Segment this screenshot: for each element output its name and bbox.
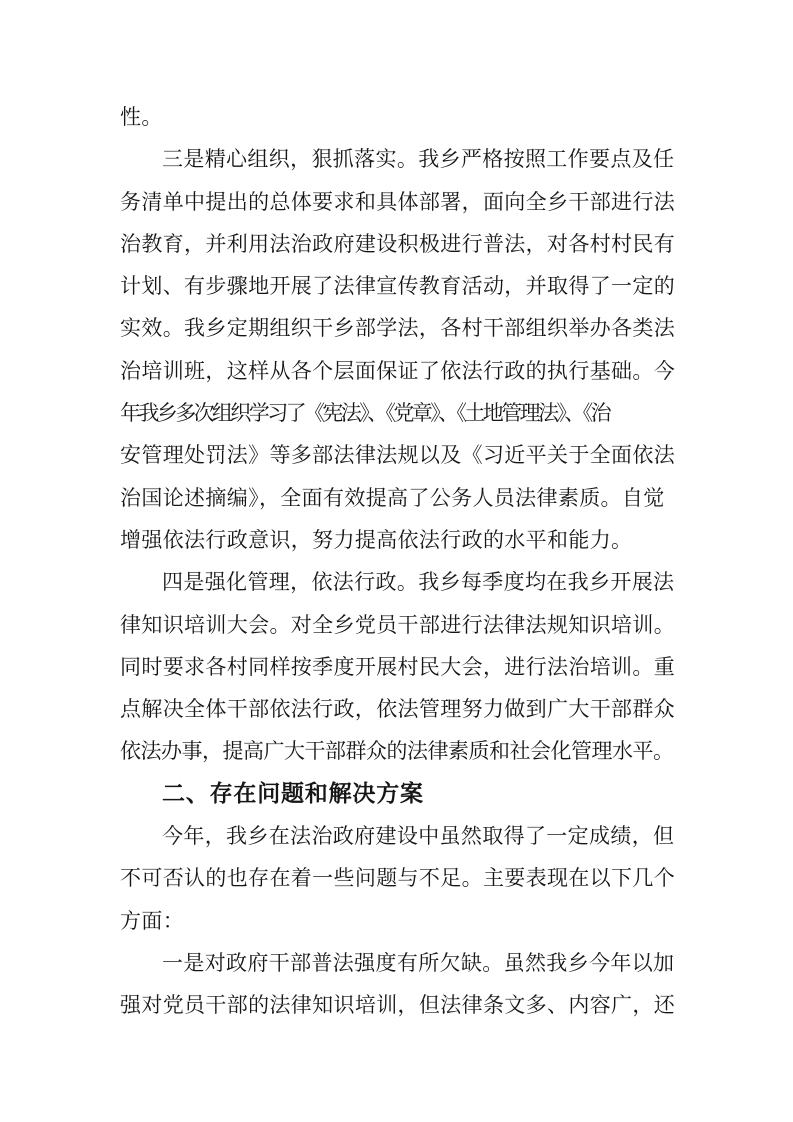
paragraph-four: 四是强化管理，依法行政。我乡每季度均在我乡开展法 律知识培训大会。对全乡党员干部… [120, 561, 677, 772]
document-page: 性。 三是精心组织，狠抓落实。我乡严格按照工作要点及任 务清单中提出的总体要求和… [0, 0, 793, 1122]
text-line: 治培训班，这样从各个层面保证了依法行政的执行基础。今 [120, 350, 677, 392]
text-line: 务清单中提出的总体要求和具体部署，面向全乡干部进行法 [120, 181, 677, 223]
text-line: 三是精心组织，狠抓落实。我乡严格按照工作要点及任 [120, 138, 677, 180]
text-line: 同时要求各村同样按季度开展村民大会，进行法治培训。重 [120, 646, 677, 688]
text-line: 性。 [120, 96, 677, 138]
text-line: 治国论述摘编》，全面有效提高了公务人员法律素质。自觉 [120, 477, 677, 519]
text-line: 年我乡多次组织学习了《宪法》、《党章》、《土地管理法》、《治 [120, 392, 677, 434]
paragraph-problem-one: 一是对政府干部普法强度有所欠缺。虽然我乡今年以加 强对党员干部的法律知识培训，但… [120, 942, 677, 1027]
text-line: 一是对政府干部普法强度有所欠缺。虽然我乡今年以加 [120, 942, 677, 984]
text-line: 四是强化管理，依法行政。我乡每季度均在我乡开展法 [120, 561, 677, 603]
text-line: 治教育，并利用法治政府建设积极进行普法，对各村村民有 [120, 223, 677, 265]
text-line: 安管理处罚法》等多部法律法规以及《习近平关于全面依法 [120, 434, 677, 476]
text-line: 强对党员干部的法律知识培训，但法律条文多、内容广，还 [120, 984, 677, 1026]
paragraph-intro-problems: 今年，我乡在法治政府建设中虽然取得了一定成绩，但 不可否认的也存在着一些问题与不… [120, 815, 677, 942]
paragraph-continuation: 性。 [120, 96, 677, 138]
text-line: 不可否认的也存在着一些问题与不足。主要表现在以下几个 [120, 857, 677, 899]
text-line: 律知识培训大会。对全乡党员干部进行法律法规知识培训。 [120, 604, 677, 646]
text-line: 点解决全体干部依法行政，依法管理努力做到广大干部群众 [120, 688, 677, 730]
section-heading: 二、存在问题和解决方案 [120, 773, 677, 815]
text-line: 实效。我乡定期组织干乡部学法，各村干部组织举办各类法 [120, 307, 677, 349]
text-line: 依法办事，提高广大干部群众的法律素质和社会化管理水平。 [120, 730, 677, 772]
paragraph-three: 三是精心组织，狠抓落实。我乡严格按照工作要点及任 务清单中提出的总体要求和具体部… [120, 138, 677, 561]
text-line: 增强依法行政意识，努力提高依法行政的水平和能力。 [120, 519, 677, 561]
text-line: 计划、有步骤地开展了法律宣传教育活动，并取得了一定的 [120, 265, 677, 307]
document-content: 性。 三是精心组织，狠抓落实。我乡严格按照工作要点及任 务清单中提出的总体要求和… [120, 96, 677, 1027]
section-heading-block: 二、存在问题和解决方案 [120, 773, 677, 815]
text-line: 方面： [120, 900, 677, 942]
text-line: 今年，我乡在法治政府建设中虽然取得了一定成绩，但 [120, 815, 677, 857]
